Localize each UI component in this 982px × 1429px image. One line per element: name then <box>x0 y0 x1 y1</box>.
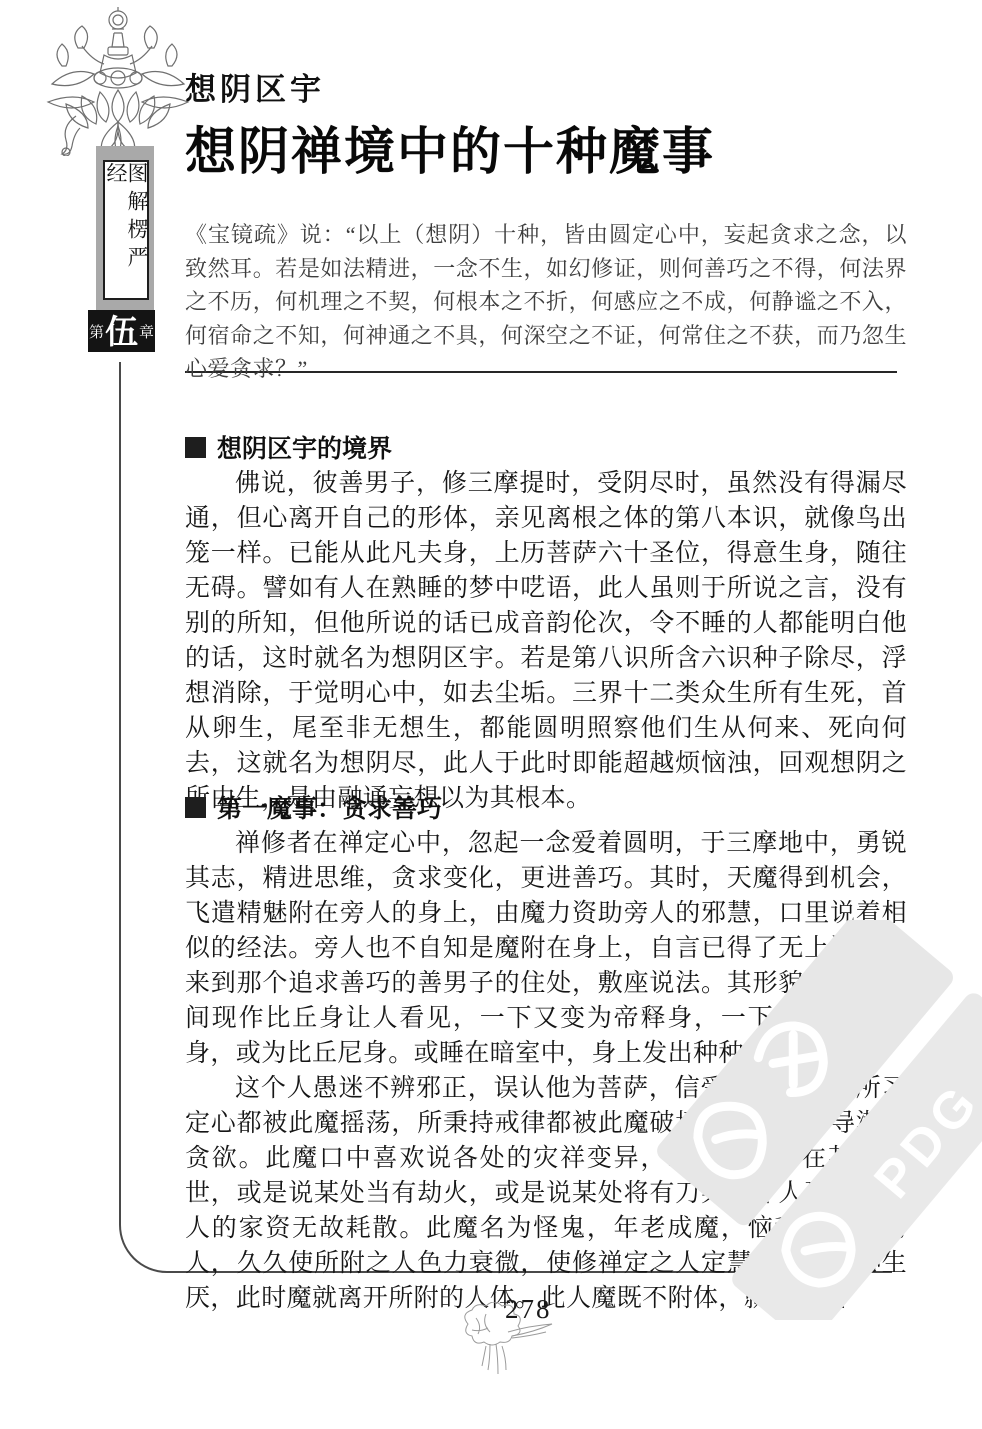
chapter-badge: 第 伍 章 <box>88 310 155 352</box>
commentary-quote: 《宝镜疏》说：“以上（想阴）十种，皆由圆定心中，妄起贪求之念，以致然耳。若是如法… <box>185 218 907 386</box>
book-page: PDG <box>0 0 982 1429</box>
section-1-body: 佛说，彼善男子，修三摩提时，受阴尽时，虽然没有得漏尽通，但心离开自己的形体，亲见… <box>185 466 907 816</box>
page-number: 278 <box>505 1294 552 1325</box>
section-2-body: 禅修者在禅定心中，忽起一念爱着圆明，于三摩地中，勇锐其志，精进思维，贪求变化，更… <box>185 826 907 1316</box>
chapter-suffix: 章 <box>139 321 154 342</box>
chapter-number: 伍 <box>105 315 138 348</box>
book-title-box: 图解楞严经 <box>103 160 149 300</box>
section-heading-1: 想阴区宇的境界 <box>185 429 392 465</box>
square-bullet-icon <box>185 437 206 458</box>
paragraph: 佛说，彼善男子，修三摩提时，受阴尽时，虽然没有得漏尽通，但心离开自己的形体，亲见… <box>185 466 907 816</box>
paragraph: 这个人愚迷不辨邪正，误认他为菩萨，信受他的教化，所习定心都被此魔摇荡，所秉持戒律… <box>185 1071 907 1316</box>
sidebar-banner: 图解楞严经 <box>96 146 154 312</box>
lotus-ornament-illustration <box>42 6 194 156</box>
section-heading-2: 第一魔事：贪求善巧 <box>185 789 442 825</box>
page-title: 想阴禅境中的十种魔事 <box>185 110 907 184</box>
section-heading-2-label: 第一魔事：贪求善巧 <box>217 789 442 825</box>
chapter-prefix: 第 <box>89 321 104 342</box>
section-heading-1-label: 想阴区宇的境界 <box>217 429 392 465</box>
section-kicker: 想阴区宇 <box>185 64 907 109</box>
book-title: 图解楞严经 <box>105 162 147 298</box>
paragraph: 禅修者在禅定心中，忽起一念爱着圆明，于三摩地中，勇锐其志，精进思维，贪求变化，更… <box>185 826 907 1071</box>
square-bullet-icon <box>185 797 206 818</box>
